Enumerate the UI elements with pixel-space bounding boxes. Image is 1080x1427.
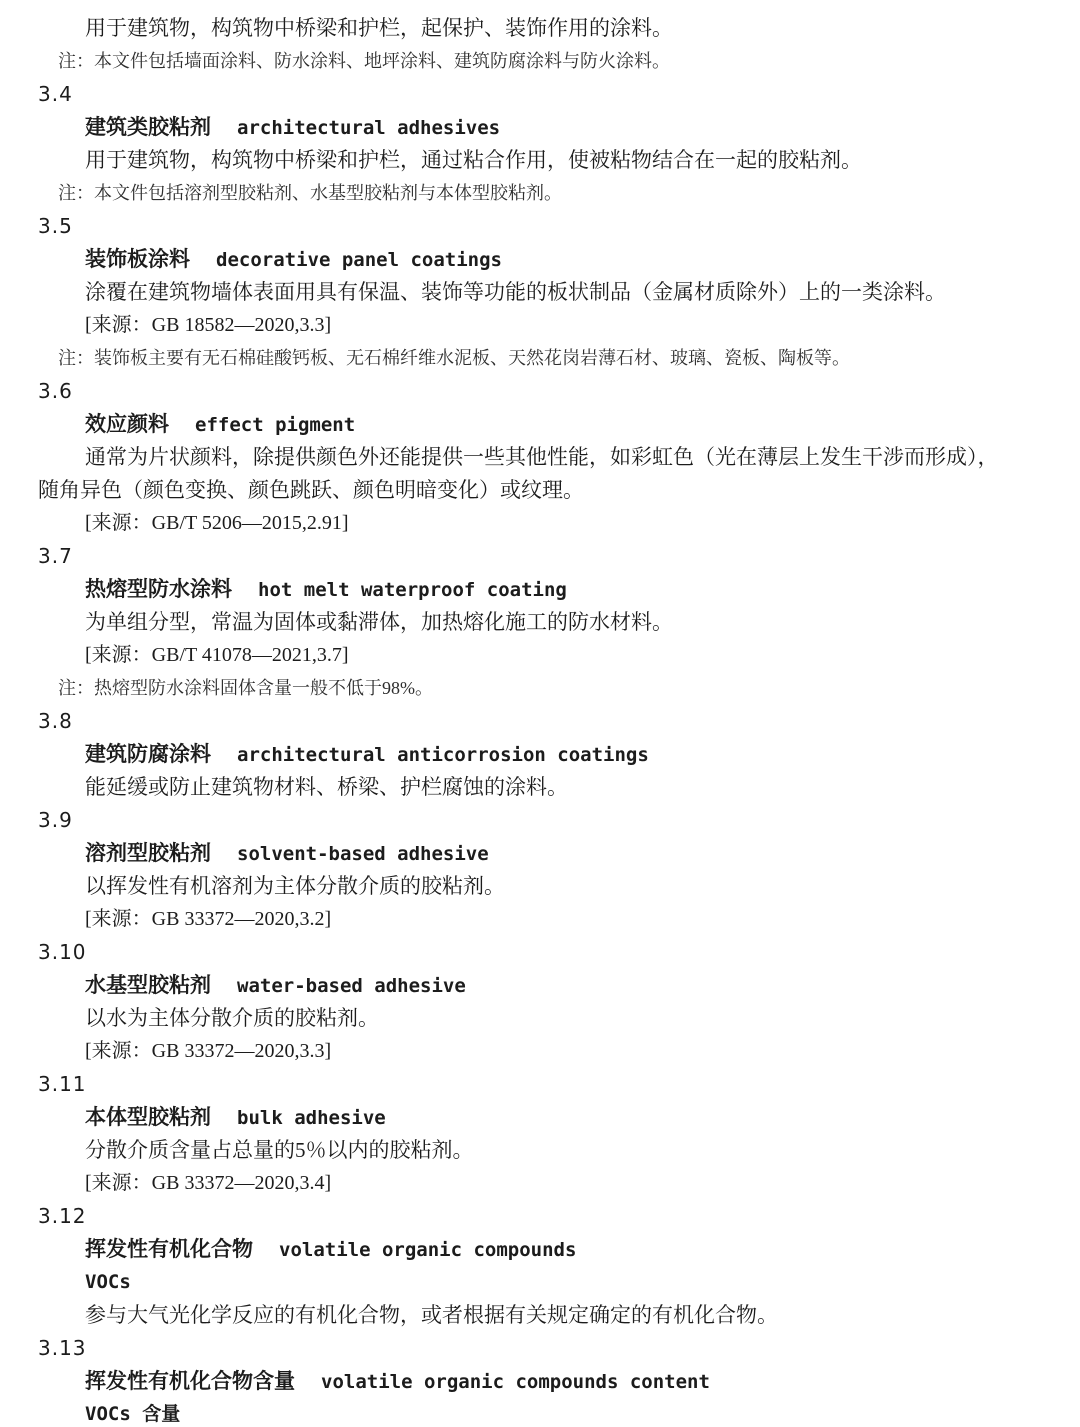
term-synonym: VOCs: [0, 1266, 1080, 1299]
definition-text: 以水为主体分散介质的胶粘剂。: [0, 1002, 1080, 1035]
section-number: 3.13: [0, 1332, 1080, 1365]
term-english: effect pigment: [195, 414, 355, 436]
term-english: volatile organic compounds: [279, 1239, 576, 1261]
term-chinese: 溶剂型胶粘剂: [85, 841, 211, 865]
note-text: 注：装饰板主要有无石棉硅酸钙板、无石棉纤维水泥板、天然花岗岩薄石材、玻璃、瓷板、…: [0, 342, 1080, 375]
term-line: 建筑防腐涂料architectural anticorrosion coatin…: [0, 738, 1080, 771]
term-chinese: 效应颜料: [85, 412, 169, 436]
source-reference: [来源：GB 33372—2020,3.2]: [0, 903, 1080, 936]
term-line: 本体型胶粘剂bulk adhesive: [0, 1101, 1080, 1134]
term-section: 3.13 挥发性有机化合物含量volatile organic compound…: [0, 1332, 1080, 1427]
term-english: solvent-based adhesive: [237, 843, 489, 865]
definition-text-continued: 随角异色（颜色变换、颜色跳跃、颜色明暗变化）或纹理。: [0, 474, 1080, 507]
term-chinese: 装饰板涂料: [85, 247, 190, 271]
document-page: 用于建筑物，构筑物中桥梁和护栏，起保护、装饰作用的涂料。 注：本文件包括墙面涂料…: [0, 0, 1080, 1427]
section-number: 3.7: [0, 540, 1080, 573]
term-section: 3.7 热熔型防水涂料hot melt waterproof coating 为…: [0, 540, 1080, 705]
term-line: 建筑类胶粘剂architectural adhesives: [0, 111, 1080, 144]
term-chinese: 建筑防腐涂料: [85, 742, 211, 766]
term-english: water-based adhesive: [237, 975, 466, 997]
term-chinese: 热熔型防水涂料: [85, 577, 232, 601]
section-number: 3.8: [0, 705, 1080, 738]
term-english: decorative panel coatings: [216, 249, 502, 271]
definition-text: 用于建筑物，构筑物中桥梁和护栏，起保护、装饰作用的涂料。: [0, 12, 1080, 45]
term-chinese: 挥发性有机化合物含量: [85, 1369, 295, 1393]
term-english: bulk adhesive: [237, 1107, 386, 1129]
definition-text: 通常为片状颜料，除提供颜色外还能提供一些其他性能，如彩虹色（光在薄层上发生干涉而…: [0, 441, 1080, 474]
term-english: volatile organic compounds content: [321, 1371, 710, 1393]
term-english: architectural adhesives: [237, 117, 500, 139]
term-line: 挥发性有机化合物含量volatile organic compounds con…: [0, 1365, 1080, 1398]
section-number: 3.5: [0, 210, 1080, 243]
term-line: 溶剂型胶粘剂solvent-based adhesive: [0, 837, 1080, 870]
term-section: 3.8 建筑防腐涂料architectural anticorrosion co…: [0, 705, 1080, 804]
term-english: architectural anticorrosion coatings: [237, 744, 649, 766]
section-number: 3.4: [0, 78, 1080, 111]
term-chinese: 建筑类胶粘剂: [85, 115, 211, 139]
term-line: 挥发性有机化合物volatile organic compounds: [0, 1233, 1080, 1266]
definition-text: 用于建筑物，构筑物中桥梁和护栏，通过粘合作用，使被粘物结合在一起的胶粘剂。: [0, 144, 1080, 177]
term-line: 水基型胶粘剂water-based adhesive: [0, 969, 1080, 1002]
term-section: 3.12 挥发性有机化合物volatile organic compounds …: [0, 1200, 1080, 1332]
term-english: hot melt waterproof coating: [258, 579, 567, 601]
term-chinese: 水基型胶粘剂: [85, 973, 211, 997]
note-text: 注：本文件包括溶剂型胶粘剂、水基型胶粘剂与本体型胶粘剂。: [0, 177, 1080, 210]
source-reference: [来源：GB 33372—2020,3.4]: [0, 1167, 1080, 1200]
term-chinese: 挥发性有机化合物: [85, 1237, 253, 1261]
note-text: 注：本文件包括墙面涂料、防水涂料、地坪涂料、建筑防腐涂料与防火涂料。: [0, 45, 1080, 78]
term-line: 效应颜料effect pigment: [0, 408, 1080, 441]
source-reference: [来源：GB 18582—2020,3.3]: [0, 309, 1080, 342]
section-number: 3.6: [0, 375, 1080, 408]
term-section: 3.5 装饰板涂料decorative panel coatings 涂覆在建筑…: [0, 210, 1080, 375]
section-number: 3.10: [0, 936, 1080, 969]
definition-text: 能延缓或防止建筑物材料、桥梁、护栏腐蚀的涂料。: [0, 771, 1080, 804]
term-section: 3.6 效应颜料effect pigment 通常为片状颜料，除提供颜色外还能提…: [0, 375, 1080, 540]
source-reference: [来源：GB 33372—2020,3.3]: [0, 1035, 1080, 1068]
source-reference: [来源：GB/T 41078—2021,3.7]: [0, 639, 1080, 672]
term-line: 热熔型防水涂料hot melt waterproof coating: [0, 573, 1080, 606]
source-reference: [来源：GB/T 5206—2015,2.91]: [0, 507, 1080, 540]
definition-text: 分散介质含量占总量的5％以内的胶粘剂。: [0, 1134, 1080, 1167]
definition-text: 为单组分型，常温为固体或黏滞体，加热熔化施工的防水材料。: [0, 606, 1080, 639]
definition-text: 涂覆在建筑物墙体表面用具有保温、装饰等功能的板状制品（金属材质除外）上的一类涂料…: [0, 276, 1080, 309]
note-text: 注：热熔型防水涂料固体含量一般不低于98%。: [0, 672, 1080, 705]
term-section: 3.9 溶剂型胶粘剂solvent-based adhesive 以挥发性有机溶…: [0, 804, 1080, 936]
definition-text: 参与大气光化学反应的有机化合物，或者根据有关规定确定的有机化合物。: [0, 1299, 1080, 1332]
term-line: 装饰板涂料decorative panel coatings: [0, 243, 1080, 276]
definition-text: 以挥发性有机溶剂为主体分散介质的胶粘剂。: [0, 870, 1080, 903]
section-number: 3.12: [0, 1200, 1080, 1233]
term-section: 3.11 本体型胶粘剂bulk adhesive 分散介质含量占总量的5％以内的…: [0, 1068, 1080, 1200]
section-number: 3.11: [0, 1068, 1080, 1101]
section-number: 3.9: [0, 804, 1080, 837]
term-section: 3.10 水基型胶粘剂water-based adhesive 以水为主体分散介…: [0, 936, 1080, 1068]
term-section: 3.4 建筑类胶粘剂architectural adhesives 用于建筑物，…: [0, 78, 1080, 210]
term-chinese: 本体型胶粘剂: [85, 1105, 211, 1129]
term-synonym: VOCs 含量: [0, 1398, 1080, 1427]
